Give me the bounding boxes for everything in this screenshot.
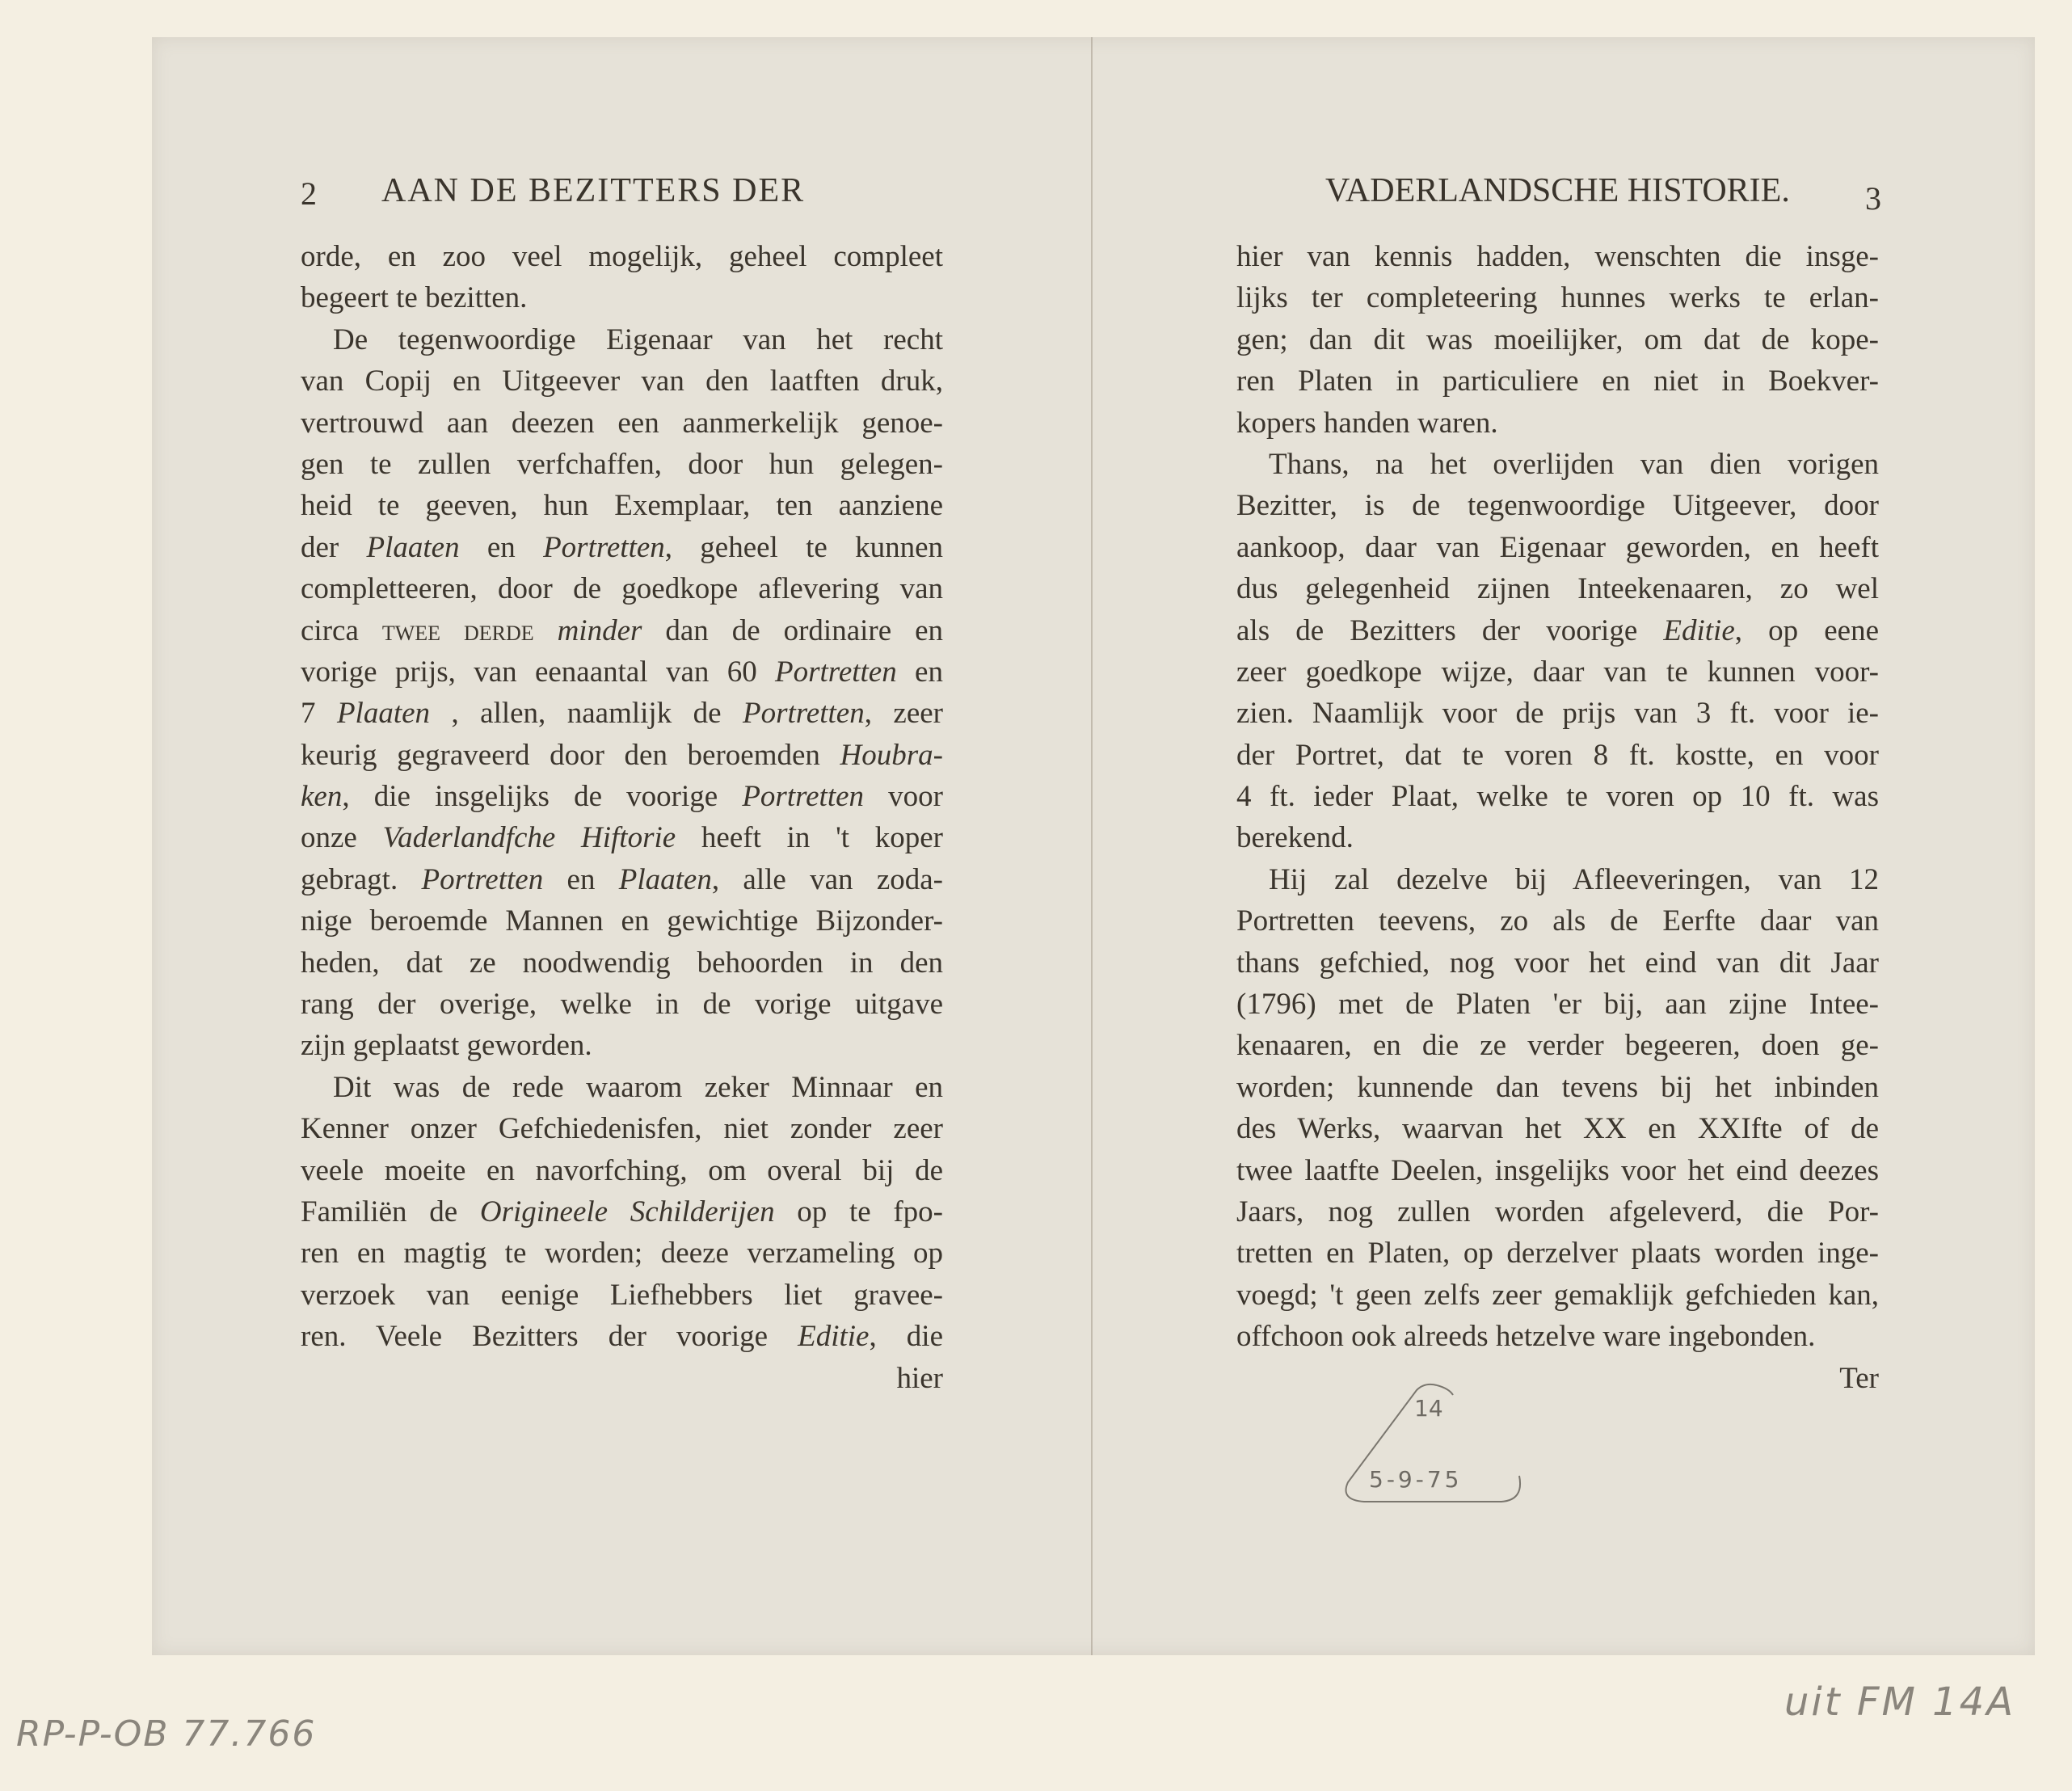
left-running-title: AAN DE BEZITTERS DER — [381, 171, 805, 210]
right-text-line: tretten en Platen, op derzelver plaats w… — [1236, 1233, 1879, 1274]
right-text-line: Portretten teevens, zo als de Eerfte daa… — [1236, 900, 1879, 942]
left-text-line: heid te geeven, hun Exemplaar, ten aanzi… — [301, 485, 943, 526]
pencil-number: 14 — [1414, 1395, 1443, 1422]
left-text-line: orde, en zoo veel mogelijk, geheel compl… — [301, 236, 943, 277]
left-text-line: ren. Veele Bezitters der voorige Editie,… — [301, 1316, 943, 1357]
right-text-line: (1796) met de Platen 'er bij, aan zijne … — [1236, 984, 1879, 1025]
left-text-line: vertrouwd aan deezen een aanmerkelijk ge… — [301, 402, 943, 444]
right-text-line: berekend. — [1236, 817, 1879, 858]
right-running-head: VADERLANDSCHE HISTORIE. 3 — [1236, 168, 1879, 209]
left-text-line: Kenner onzer Gefchiedenisfen, niet zonde… — [301, 1108, 943, 1149]
left-text-line: verzoek van eenige Liefhebbers liet grav… — [301, 1275, 943, 1316]
left-text-line: begeert te bezitten. — [301, 277, 943, 318]
left-text-line: completteeren, door de goedkope afleveri… — [301, 568, 943, 609]
right-running-title: VADERLANDSCHE HISTORIE. — [1325, 171, 1790, 210]
right-text-line: offchoon ook alreeds hetzelve ware ingeb… — [1236, 1316, 1879, 1357]
right-text-line: worden; kunnende dan tevens bij het inbi… — [1236, 1067, 1879, 1108]
source-note: uit FM 14A — [1784, 1679, 2015, 1725]
left-text-line: nige beroemde Mannen en gewichtige Bijzo… — [301, 900, 943, 942]
right-text-line: lijks ter completeering hunnes werks te … — [1236, 277, 1879, 318]
left-text-line: gen te zullen verfchaffen, door hun gele… — [301, 444, 943, 485]
left-text-line: der Plaaten en Portretten, geheel te kun… — [301, 527, 943, 568]
left-catchword: hier — [301, 1358, 943, 1399]
left-body-text: orde, en zoo veel mogelijk, geheel compl… — [301, 236, 943, 1399]
left-text-line: veele moeite en navorfching, om overal b… — [301, 1150, 943, 1191]
pencil-annotation-box: 14 5-9-75 — [1340, 1379, 1526, 1508]
left-text-line: Dit was de rede waarom zeker Minnaar en — [301, 1067, 943, 1108]
accession-number: RP-P-OB 77.766 — [16, 1713, 316, 1755]
right-catchword: Ter — [1236, 1358, 1879, 1399]
left-text-line: zijn geplaatst geworden. — [301, 1025, 943, 1066]
left-text-line: ken, die insgelijks de voorige Portrette… — [301, 776, 943, 817]
right-text-line: Jaars, nog zullen worden afgeleverd, die… — [1236, 1191, 1879, 1233]
right-text-line: der Portret, dat te voren 8 ft. kostte, … — [1236, 735, 1879, 776]
left-text-line: keurig gegraveerd door den beroemden Hou… — [301, 735, 943, 776]
right-text-line: Hij zal dezelve bij Afleeveringen, van 1… — [1236, 859, 1879, 900]
right-text-line: zeer goedkope wijze, daar van te kunnen … — [1236, 651, 1879, 693]
right-text-line: kopers handen waren. — [1236, 402, 1879, 444]
pencil-date: 5-9-75 — [1369, 1466, 1462, 1493]
left-text-line: ren en magtig te worden; deeze verzameli… — [301, 1233, 943, 1274]
left-text-line: vorige prijs, van eenaantal van 60 Portr… — [301, 651, 943, 693]
right-text-line: kenaaren, en die ze verder begeeren, doe… — [1236, 1025, 1879, 1066]
right-text-line: dus gelegenheid zijnen Inteekenaaren, zo… — [1236, 568, 1879, 609]
right-text-line: 4 ft. ieder Plaat, welke te voren op 10 … — [1236, 776, 1879, 817]
left-text-line: onze Vaderlandfche Hiftorie heeft in 't … — [301, 817, 943, 858]
left-text-line: heden, dat ze noodwendig behoorden in de… — [301, 942, 943, 984]
left-text-line: De tegenwoordige Eigenaar van het recht — [301, 319, 943, 360]
right-text-line: als de Bezitters der voorige Editie, op … — [1236, 610, 1879, 651]
right-text-line: des Werks, waarvan het XX en XXIfte of d… — [1236, 1108, 1879, 1149]
left-running-head: 2 AAN DE BEZITTERS DER — [301, 168, 943, 209]
left-text-line: circa twee derde minder dan de ordinaire… — [301, 610, 943, 651]
right-text-line: zien. Naamlijk voor de prijs van 3 ft. v… — [1236, 693, 1879, 734]
left-text-line: 7 Plaaten , allen, naamlijk de Portrette… — [301, 693, 943, 734]
right-text-line: gen; dan dit was moeilijker, om dat de k… — [1236, 319, 1879, 360]
left-text-line: rang der overige, welke in de vorige uit… — [301, 984, 943, 1025]
left-text-line: Familiën de Origineele Schilderijen op t… — [301, 1191, 943, 1233]
right-text-line: voegd; 't geen zelfs zeer gemaklijk gefc… — [1236, 1275, 1879, 1316]
left-text-line: gebragt. Portretten en Plaaten, alle van… — [301, 859, 943, 900]
right-text-line: Bezitter, is de tegenwoordige Uitgeever,… — [1236, 485, 1879, 526]
right-text-line: Thans, na het overlijden van dien vorige… — [1236, 444, 1879, 485]
center-fold — [1091, 37, 1093, 1655]
right-text-line: twee laatfte Deelen, insgelijks voor het… — [1236, 1150, 1879, 1191]
right-body-text: hier van kennis hadden, wenschten die in… — [1236, 236, 1879, 1399]
left-page-number: 2 — [301, 175, 317, 213]
right-text-line: thans gefchied, nog voor het eind van di… — [1236, 942, 1879, 984]
right-text-line: hier van kennis hadden, wenschten die in… — [1236, 236, 1879, 277]
left-text-line: van Copij en Uitgeever van den laatften … — [301, 360, 943, 402]
right-text-line: ren Platen in particuliere en niet in Bo… — [1236, 360, 1879, 402]
right-text-line: aankoop, daar van Eigenaar geworden, en … — [1236, 527, 1879, 568]
right-page-number: 3 — [1865, 179, 1881, 217]
